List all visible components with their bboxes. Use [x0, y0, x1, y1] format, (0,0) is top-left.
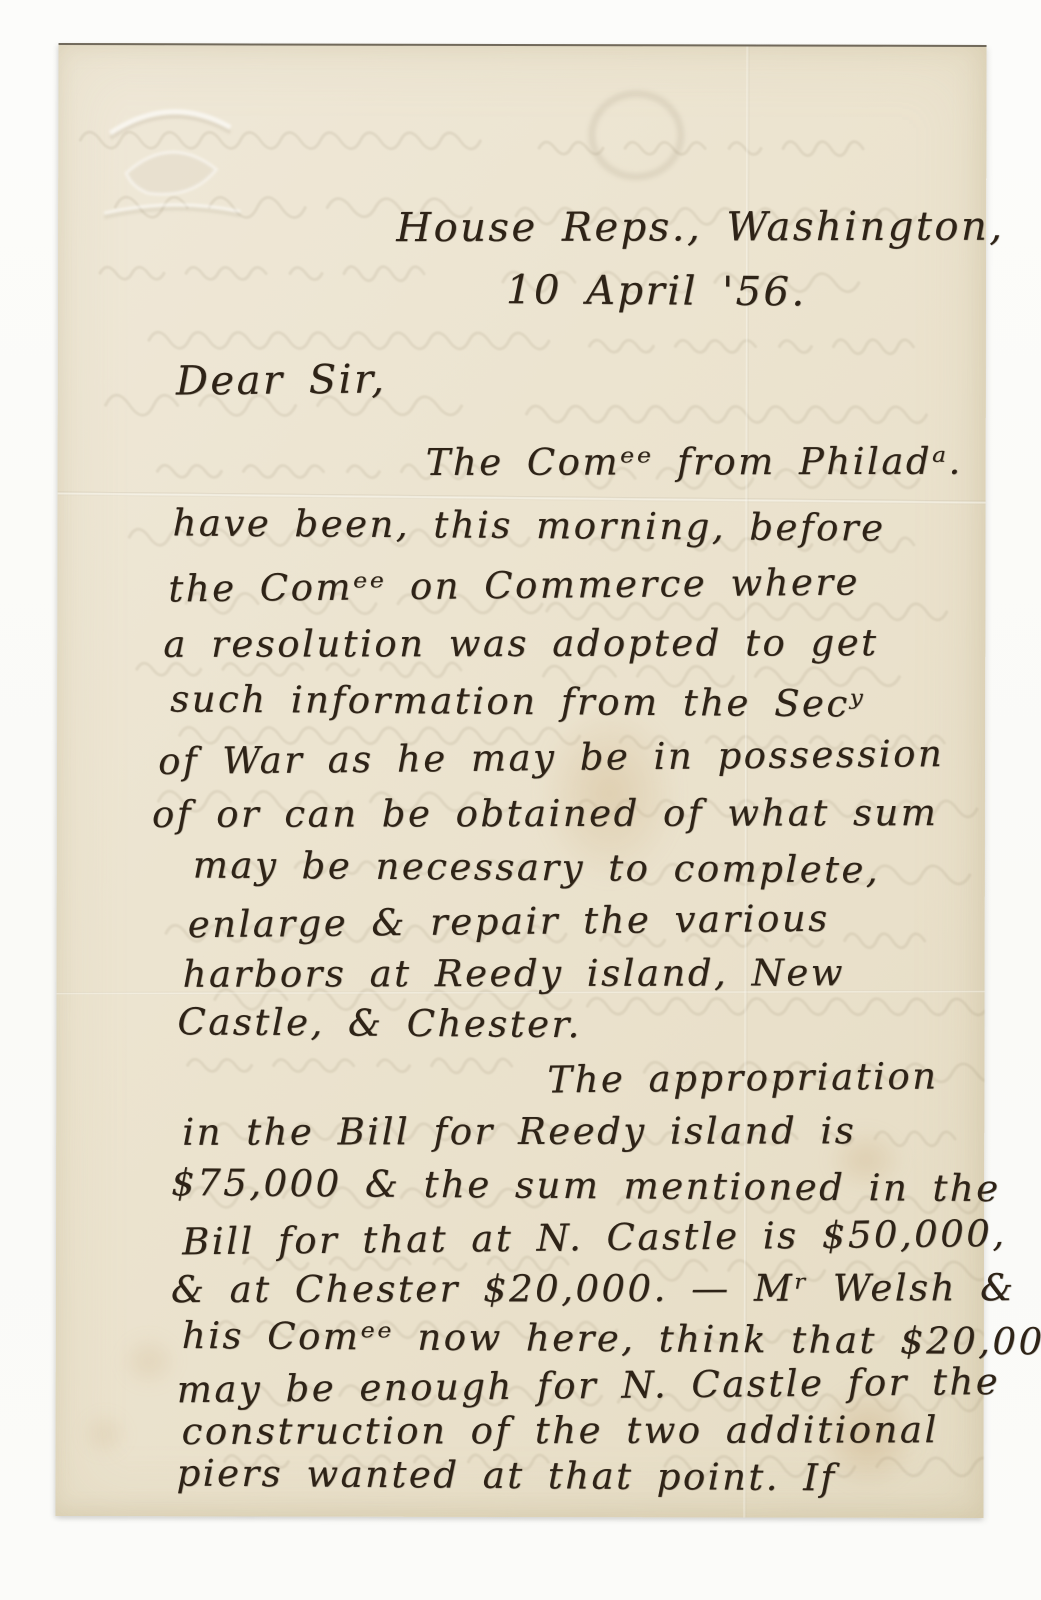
- body-line: The appropriation: [547, 1054, 939, 1101]
- heading-place: House Reps., Washington,: [396, 204, 1004, 251]
- letter-photo: House Reps., Washington, 10 April '56. D…: [0, 0, 1041, 1600]
- body-line: such information from the Secʸ: [170, 677, 865, 725]
- body-line: Bill for that at N. Castle is $50,000,: [182, 1212, 1007, 1263]
- body-line: have been, this morning, before: [172, 501, 885, 549]
- body-line: The Comᵉᵉ from Philadᵃ.: [426, 440, 963, 484]
- body-line: in the Bill for Reedy island is: [182, 1109, 856, 1154]
- body-line: his Comᵉᵉ now here, think that $20,000: [182, 1314, 1041, 1364]
- body-line: may be necessary to complete,: [193, 844, 881, 892]
- salutation: Dear Sir,: [176, 356, 387, 404]
- body-line: harbors at Reedy island, New: [183, 951, 845, 996]
- body-line: a resolution was adopted to get: [163, 621, 878, 666]
- body-line: & at Chester $20,000. — Mʳ Welsh &: [171, 1266, 1016, 1311]
- body-line: of or can be obtained of what sum: [152, 791, 938, 836]
- body-line: construction of the two additional: [182, 1408, 939, 1453]
- body-line: the Comᵉᵉ on Commerce where: [168, 560, 860, 610]
- body-line: may be enough for N. Castle for the: [177, 1360, 1001, 1411]
- body-line: $75,000 & the sum mentioned in the: [171, 1161, 1001, 1210]
- body-line: enlarge & repair the various: [188, 897, 830, 946]
- letter-page: House Reps., Washington, 10 April '56. D…: [55, 43, 986, 1518]
- body-line: Castle, & Chester.: [177, 1000, 582, 1046]
- heading-date: 10 April '56.: [506, 267, 807, 315]
- body-line: piers wanted at that point. If: [176, 1452, 836, 1500]
- handwriting-layer: House Reps., Washington, 10 April '56. D…: [55, 45, 986, 1518]
- body-line: of War as he may be in possession: [158, 732, 945, 783]
